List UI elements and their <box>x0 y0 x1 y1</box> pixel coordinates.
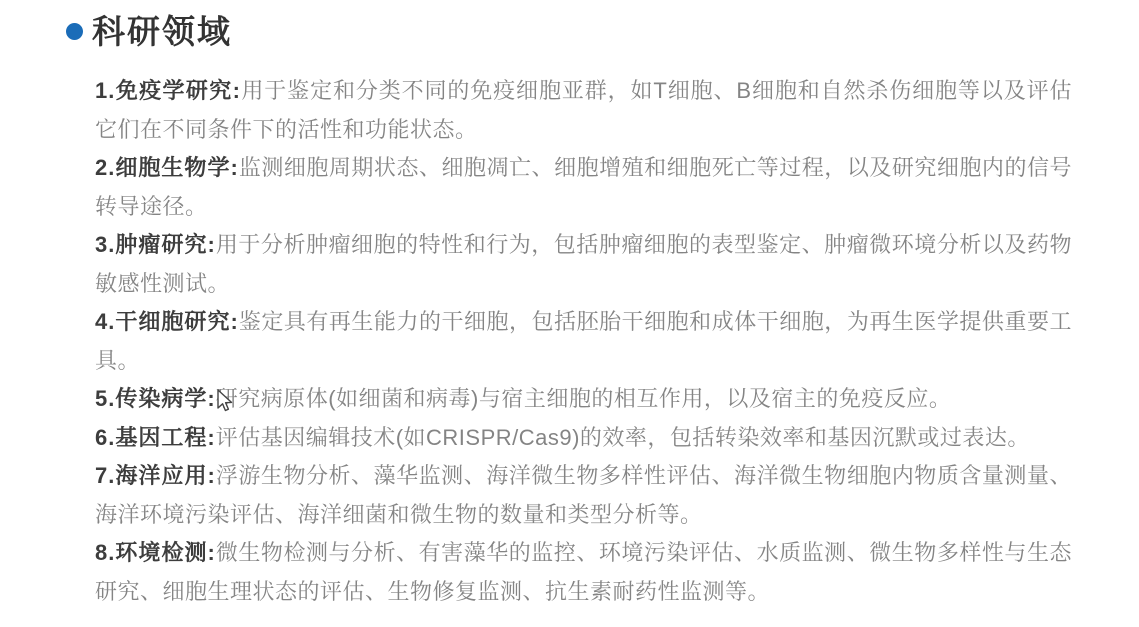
item-text: 鉴定具有再生能力的干细胞，包括胚胎干细胞和成体干细胞，为再生医学提供重要工具。 <box>95 309 1072 373</box>
item-text: 浮游生物分析、藻华监测、海洋微生物多样性评估、海洋微生物细胞内物质含量测量、海洋… <box>95 463 1072 527</box>
research-item-2: 2.细胞生物学:监测细胞周期状态、细胞凋亡、细胞增殖和细胞死亡等过程，以及研究细… <box>95 149 1072 226</box>
page-header: 科研领域 <box>66 12 232 52</box>
research-item-4: 4.干细胞研究:鉴定具有再生能力的干细胞，包括胚胎干细胞和成体干细胞，为再生医学… <box>95 303 1072 380</box>
research-item-3: 3.肿瘤研究:用于分析肿瘤细胞的特性和行为，包括肿瘤细胞的表型鉴定、肿瘤微环境分… <box>95 226 1072 303</box>
page: { "page": { "title": "科研领域", "accent_col… <box>0 0 1139 627</box>
page-title: 科研领域 <box>92 12 232 52</box>
item-label: 1.免疫学研究: <box>95 78 241 103</box>
item-text: 监测细胞周期状态、细胞凋亡、细胞增殖和细胞死亡等过程，以及研究细胞内的信号转导途… <box>95 155 1072 219</box>
item-label: 7.海洋应用: <box>95 463 216 488</box>
item-label: 8.环境检测: <box>95 540 216 565</box>
research-item-8: 8.环境检测:微生物检测与分析、有害藻华的监控、环境污染评估、水质监测、微生物多… <box>95 534 1072 611</box>
research-item-1: 1.免疫学研究:用于鉴定和分类不同的免疫细胞亚群，如T细胞、B细胞和自然杀伤细胞… <box>95 72 1072 149</box>
item-label: 3.肿瘤研究: <box>95 232 216 257</box>
item-label: 5.传染病学: <box>95 386 216 411</box>
item-label: 6.基因工程: <box>95 425 216 450</box>
item-text: 用于分析肿瘤细胞的特性和行为，包括肿瘤细胞的表型鉴定、肿瘤微环境分析以及药物敏感… <box>95 232 1072 296</box>
item-text: 用于鉴定和分类不同的免疫细胞亚群，如T细胞、B细胞和自然杀伤细胞等以及评估它们在… <box>95 78 1072 142</box>
item-text: 评估基因编辑技术(如CRISPR/Cas9)的效率，包括转染效率和基因沉默或过表… <box>216 425 1030 450</box>
research-item-5: 5.传染病学:研究病原体(如细菌和病毒)与宿主细胞的相互作用，以及宿主的免疫反应… <box>95 380 1072 419</box>
research-item-6: 6.基因工程:评估基因编辑技术(如CRISPR/Cas9)的效率，包括转染效率和… <box>95 419 1072 458</box>
research-fields-list: 1.免疫学研究:用于鉴定和分类不同的免疫细胞亚群，如T细胞、B细胞和自然杀伤细胞… <box>95 72 1072 611</box>
item-label: 2.细胞生物学: <box>95 155 239 180</box>
bullet-icon <box>66 23 83 40</box>
item-text: 微生物检测与分析、有害藻华的监控、环境污染评估、水质监测、微生物多样性与生态研究… <box>95 540 1072 604</box>
research-item-7: 7.海洋应用:浮游生物分析、藻华监测、海洋微生物多样性评估、海洋微生物细胞内物质… <box>95 457 1072 534</box>
item-text: 研究病原体(如细菌和病毒)与宿主细胞的相互作用，以及宿主的免疫反应。 <box>216 386 952 411</box>
item-label: 4.干细胞研究: <box>95 309 239 334</box>
